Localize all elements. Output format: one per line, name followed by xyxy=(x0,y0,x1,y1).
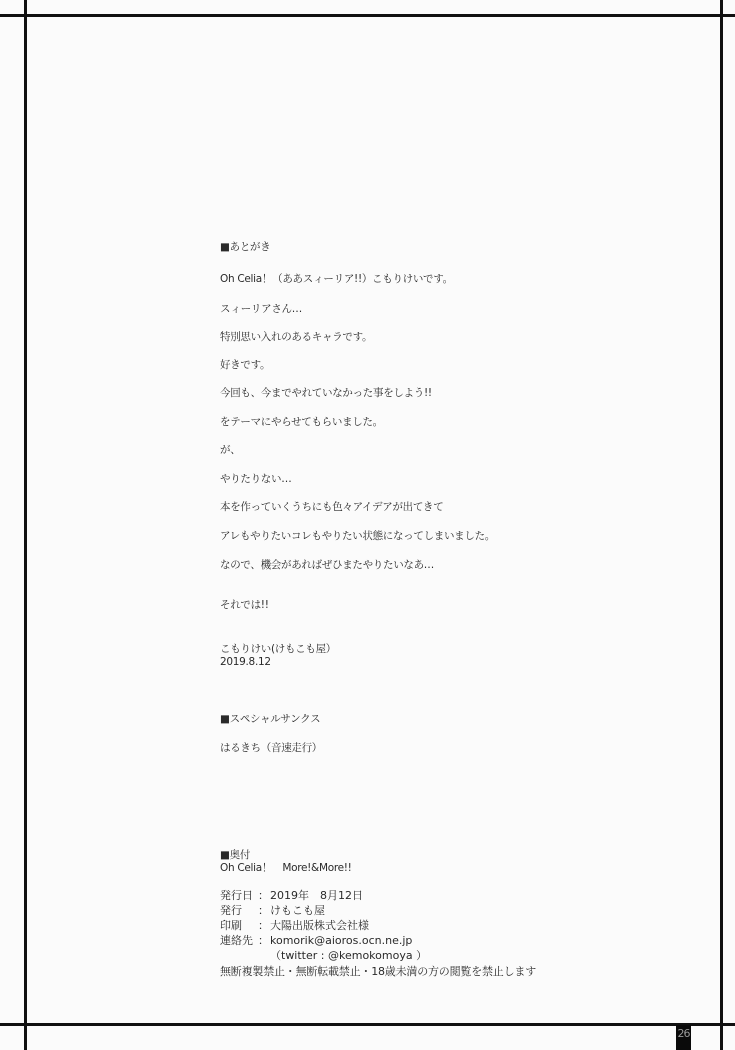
frame-line-right xyxy=(720,0,723,1050)
afterword-line: アレもやりたいコレもやりたい状態になってしまいました。 xyxy=(220,529,495,543)
afterword-line: が、 xyxy=(220,443,240,457)
colophon-value: 2019年 8月12日 xyxy=(270,889,363,903)
colophon-notice: 無断複製禁止・無断転載禁止・18歳未満の方の閲覧を禁止します xyxy=(220,965,536,979)
afterword-line: 今回も、今までやれていなかった事をしよう!! xyxy=(220,386,432,400)
afterword-line: 好きです。 xyxy=(220,358,270,372)
colophon-separator: ： xyxy=(258,904,270,918)
colophon-row-publisher: 発行 ： けもこも屋 xyxy=(220,904,325,918)
colophon-separator: ： xyxy=(258,919,270,933)
colophon-value: 大陽出版株式会社様 xyxy=(270,919,369,933)
afterword-line: Oh Celia！（ああスィーリア!!）こもりけいです。 xyxy=(220,272,453,286)
afterword-line: スィーリアさん… xyxy=(220,302,302,316)
afterword-date: 2019.8.12 xyxy=(220,655,271,669)
afterword-signature: こもりけい(けもこも屋） xyxy=(220,642,336,656)
afterword-heading: ■あとがき xyxy=(220,240,270,254)
special-thanks-name: はるきち（音速走行） xyxy=(220,741,322,755)
colophon-separator xyxy=(258,949,270,963)
colophon-row-date: 発行日 ： 2019年 8月12日 xyxy=(220,889,363,903)
colophon-label: 発行 xyxy=(220,904,258,918)
frame-line-top xyxy=(0,14,735,17)
colophon-heading: ■奥付 xyxy=(220,848,250,862)
frame-line-left xyxy=(24,0,27,1050)
colophon-separator: ： xyxy=(258,934,270,948)
colophon-title: Oh Celia！ More!&More!! xyxy=(220,861,352,875)
afterword-line: やりたりない… xyxy=(220,472,291,486)
page-number: 26 xyxy=(676,1025,691,1050)
colophon-separator: ： xyxy=(258,889,270,903)
special-thanks-heading: ■スペシャルサンクス xyxy=(220,712,320,726)
afterword-line: をテーマにやらせてもらいました。 xyxy=(220,415,383,429)
colophon-row-contact: 連絡先 ： komorik@aioros.ocn.ne.jp xyxy=(220,934,412,948)
colophon-row-printer: 印刷 ： 大陽出版株式会社様 xyxy=(220,919,369,933)
afterword-line: なので、機会があればぜひまたやりたいなあ… xyxy=(220,558,434,572)
colophon-twitter: （twitter : @kemokomoya ） xyxy=(270,949,427,963)
colophon-label: 発行日 xyxy=(220,889,258,903)
colophon-row-twitter: （twitter : @kemokomoya ） xyxy=(220,949,427,963)
colophon-email: komorik@aioros.ocn.ne.jp xyxy=(270,934,412,948)
frame-line-bottom xyxy=(0,1023,735,1026)
afterword-line: 本を作っていくうちにも色々アイデアが出てきて xyxy=(220,500,443,514)
afterword-line: 特別思い入れのあるキャラです。 xyxy=(220,330,372,344)
colophon-label xyxy=(220,949,258,963)
afterword-line: それでは!! xyxy=(220,598,269,612)
colophon-label: 印刷 xyxy=(220,919,258,933)
colophon-value: けもこも屋 xyxy=(270,904,325,918)
colophon-label: 連絡先 xyxy=(220,934,258,948)
